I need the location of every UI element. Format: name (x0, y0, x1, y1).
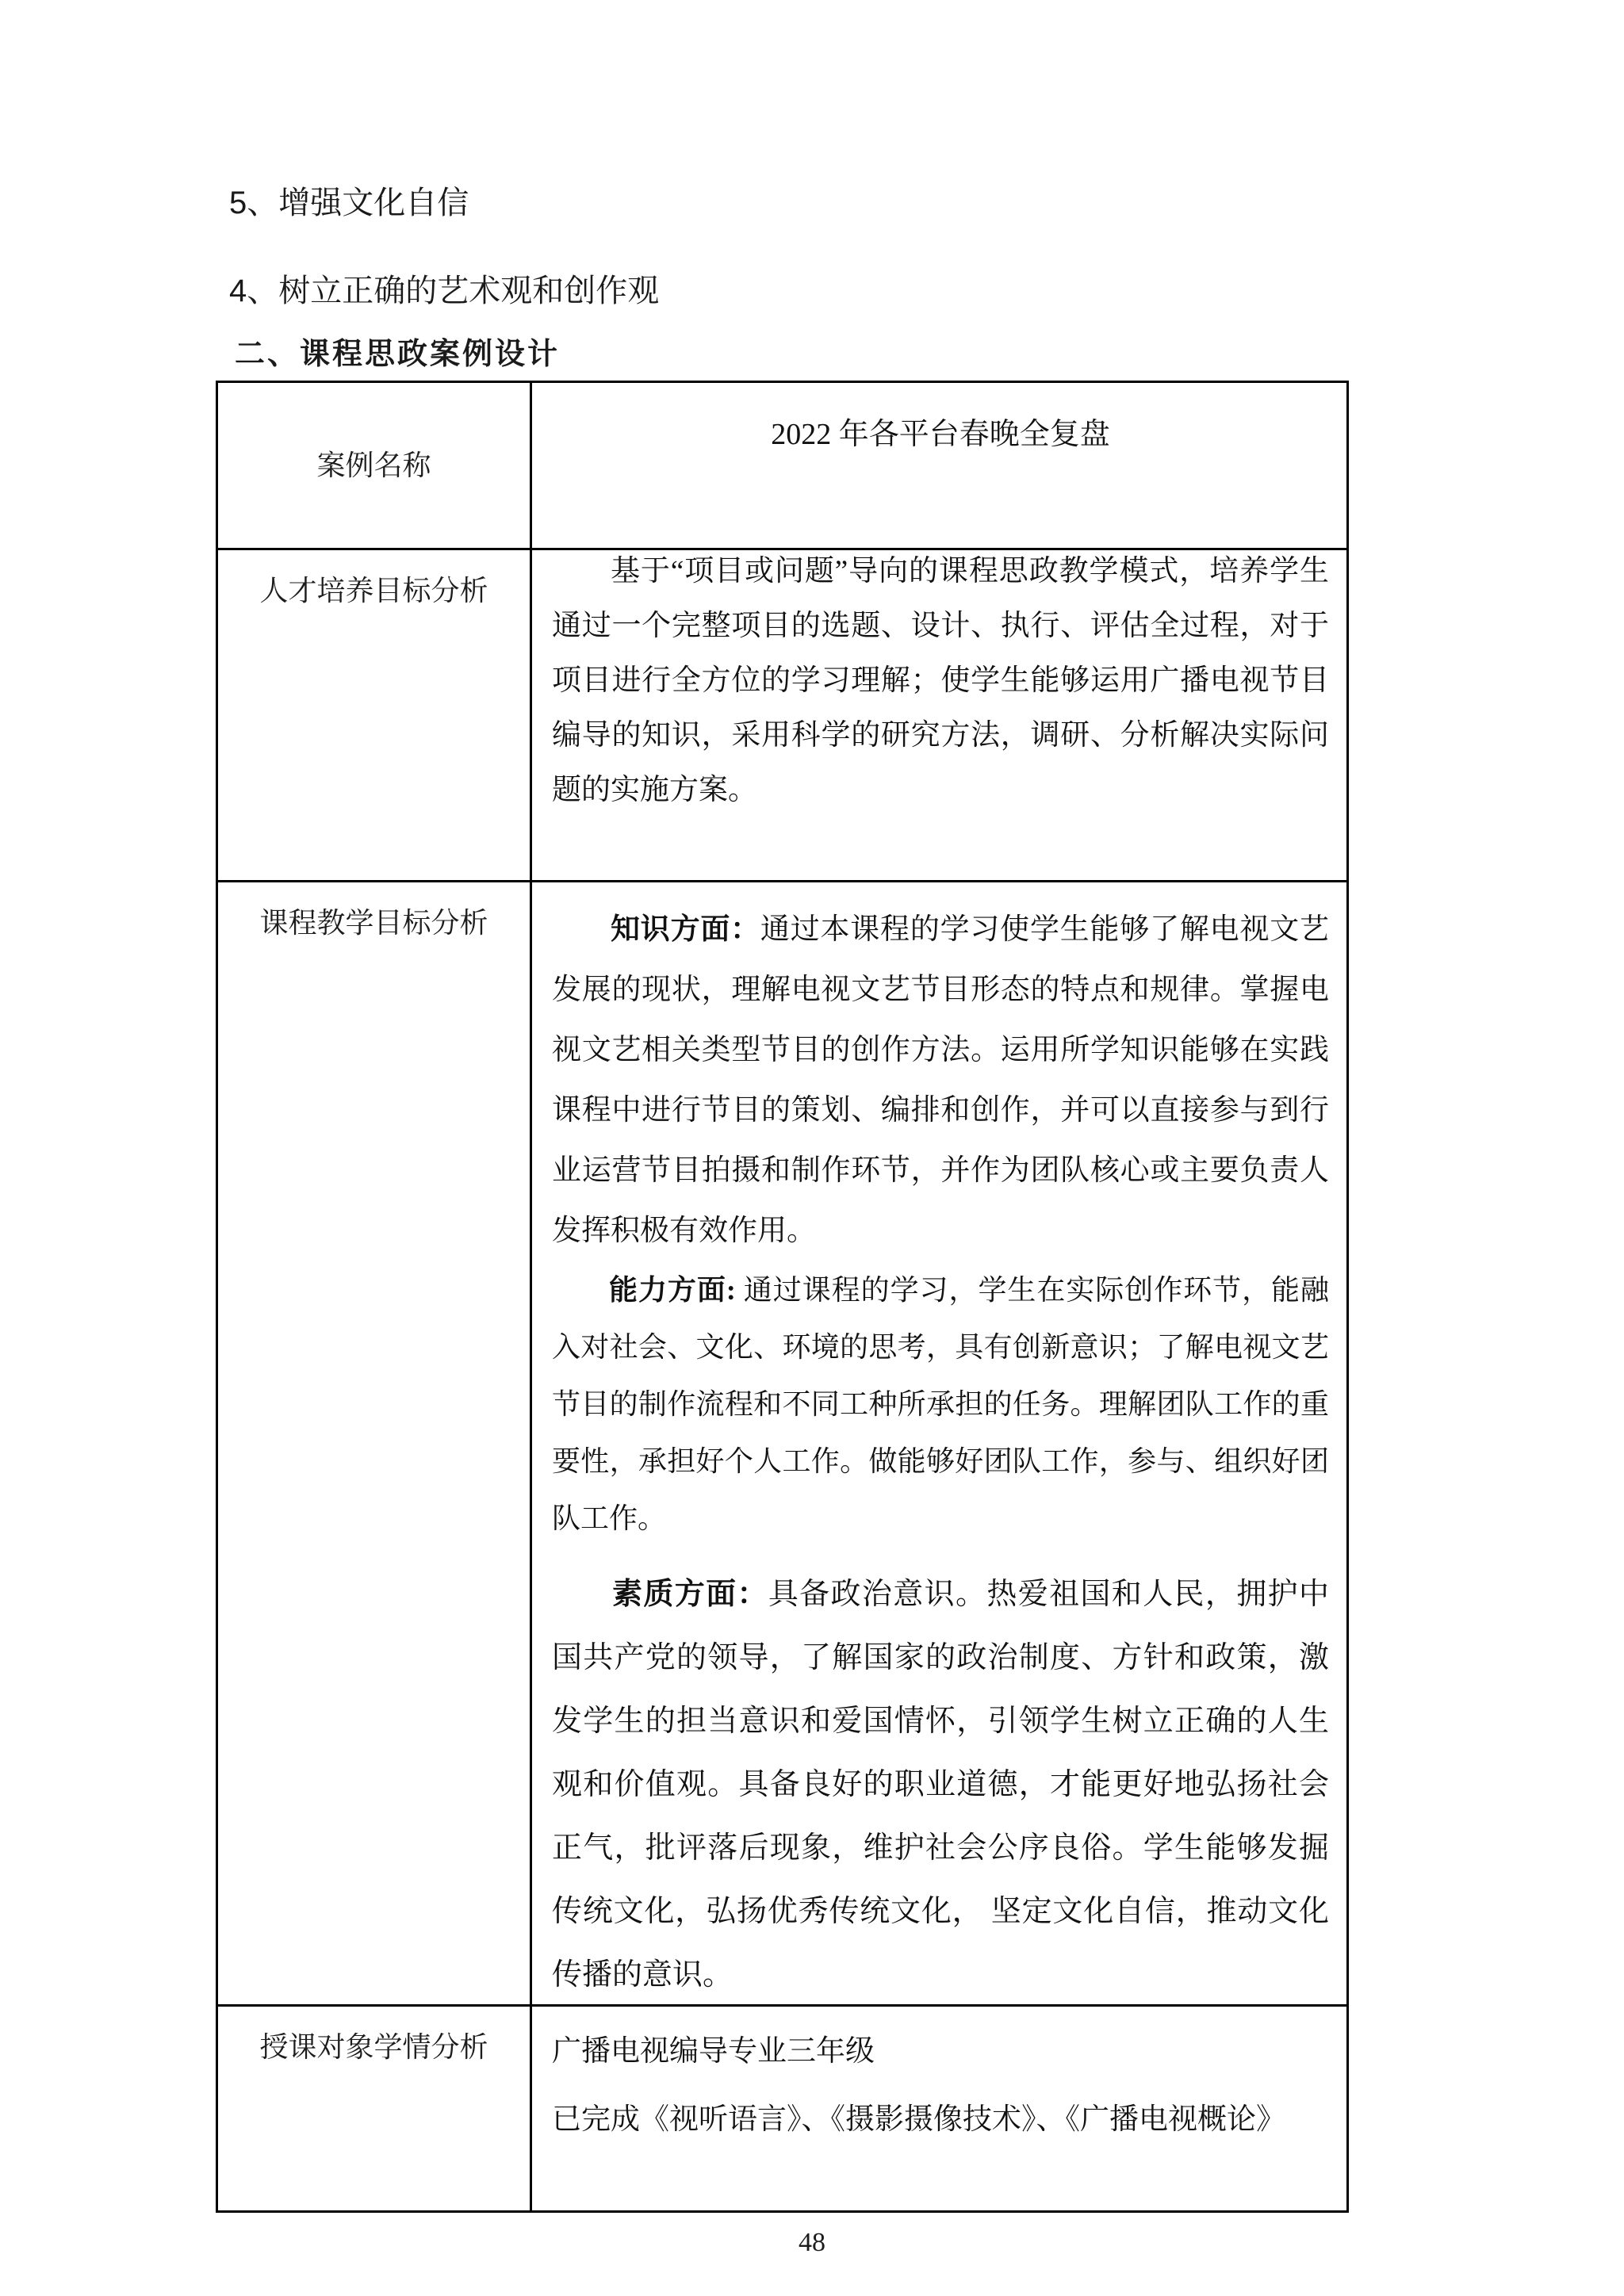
talent-goal-label: 人才培养目标分析 (259, 571, 488, 610)
talent-goal-paragraph: 基于“项目或问题”导向的课程思政教学模式，培养学生通过一个完整项目的选题、设计、… (552, 544, 1329, 817)
quality-text: 具备政治意识。热爱祖国和人民，拥护中国共产党的领导，了解国家的政治制度、方针和政… (552, 1578, 1329, 1992)
talent-goal-label-cell: 人才培养目标分析 (218, 550, 532, 882)
ability-lead: 能力方面: (609, 1274, 736, 1306)
case-name-label: 案例名称 (316, 446, 431, 485)
case-design-table: 案例名称 2022 年各平台春晚全复盘 人才培养目标分析 基于“项目或问题”导向… (216, 381, 1349, 2213)
page-number: 48 (0, 2228, 1624, 2258)
ability-paragraph: 能力方面: 通过课程的学习，学生在实际创作环节，能融入对社会、文化、环境的思考，… (552, 1261, 1329, 1547)
ability-text: 通过课程的学习，学生在实际创作环节，能融入对社会、文化、环境的思考，具有创新意识… (552, 1274, 1329, 1534)
knowledge-lead: 知识方面： (611, 913, 760, 946)
case-name-label-cell: 案例名称 (218, 383, 532, 550)
audience-label: 授课对象学情分析 (259, 2027, 488, 2067)
quality-lead: 素质方面： (612, 1578, 768, 1611)
teaching-goal-label-cell: 课程教学目标分析 (218, 882, 532, 2007)
audience-grade-line: 广播电视编导专业三年级 (552, 2018, 1329, 2086)
quality-paragraph: 素质方面：具备政治意识。热爱祖国和人民，拥护中国共产党的领导，了解国家的政治制度… (552, 1563, 1329, 2007)
document-page: 5、增强文化自信 4、树立正确的艺术观和创作观 二、课程思政案例设计 案例名称 … (0, 0, 1624, 2296)
teaching-goal-content-cell: 知识方面：通过本课程的学习使学生能够了解电视文艺发展的现状，理解电视文艺节目形态… (532, 882, 1346, 2007)
knowledge-text: 通过本课程的学习使学生能够了解电视文艺发展的现状，理解电视文艺节目形态的特点和规… (552, 913, 1329, 1247)
audience-courses-line: 已完成《视听语言》、《摄影摄像技术》、《广播电视概论》 (552, 2086, 1329, 2154)
case-title: 2022 年各平台春晚全复盘 (771, 418, 1110, 451)
case-name-value-cell: 2022 年各平台春晚全复盘 (532, 383, 1346, 550)
audience-label-cell: 授课对象学情分析 (218, 2007, 532, 2210)
heading-art-view: 4、树立正确的艺术观和创作观 (229, 274, 659, 308)
heading-case-design-section: 二、课程思政案例设计 (235, 337, 560, 372)
knowledge-paragraph: 知识方面：通过本课程的学习使学生能够了解电视文艺发展的现状，理解电视文艺节目形态… (552, 900, 1329, 1261)
audience-content-cell: 广播电视编导专业三年级 已完成《视听语言》、《摄影摄像技术》、《广播电视概论》 (532, 2007, 1346, 2210)
teaching-goal-label: 课程教学目标分析 (259, 903, 488, 943)
talent-goal-content-cell: 基于“项目或问题”导向的课程思政教学模式，培养学生通过一个完整项目的选题、设计、… (532, 550, 1346, 882)
heading-culture-confidence: 5、增强文化自信 (229, 186, 469, 220)
